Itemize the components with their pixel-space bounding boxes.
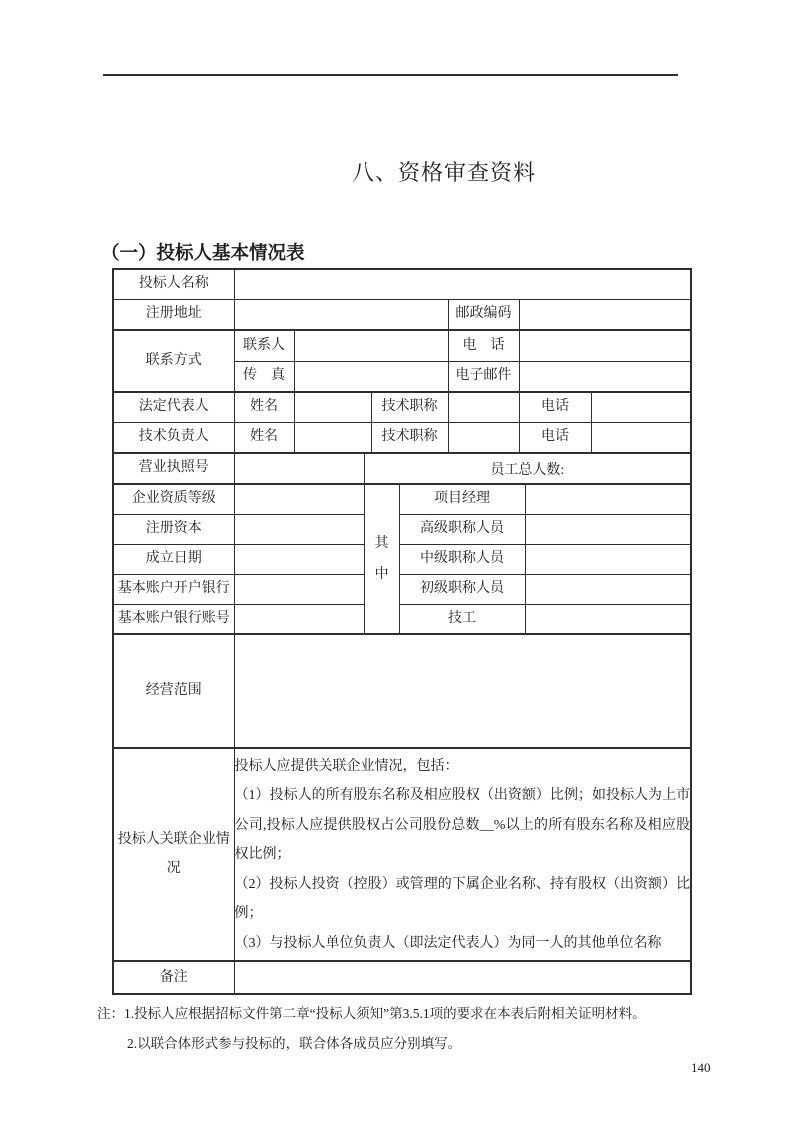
business-license-label: 营业执照号: [113, 453, 234, 484]
row-legal-representative: 法定代表人 姓名 技术职称 电话: [113, 392, 691, 422]
bidder-info-table: 投标人名称 注册地址 邮政编码 联系方式 联系人 电 话 传 真 电子邮件: [112, 268, 692, 995]
note-line-2: 2.以联合体形式参与投标的，联合体各成员应分别填写。: [127, 1029, 646, 1059]
remarks-value-cell[interactable]: [234, 961, 691, 994]
registered-capital-value-cell[interactable]: [234, 514, 364, 544]
project-manager-value-cell[interactable]: [525, 484, 691, 514]
row-business-license: 营业执照号 员工总人数:: [113, 453, 691, 484]
qualification-level-value-cell[interactable]: [234, 484, 364, 514]
technical-director-label: 技术负责人: [113, 422, 234, 453]
business-license-value-cell[interactable]: [234, 453, 364, 484]
mid-staff-value-cell[interactable]: [525, 544, 691, 574]
row-qualification-level: 企业资质等级 其 中 项目经理: [113, 484, 691, 514]
basic-account-no-value-cell[interactable]: [234, 604, 364, 634]
skilled-workers-value-cell[interactable]: [525, 604, 691, 634]
registered-address-label: 注册地址: [113, 299, 234, 330]
qualification-level-label: 企业资质等级: [113, 484, 234, 514]
contact-person-value-cell[interactable]: [294, 330, 448, 361]
row-contact-person: 联系方式 联系人 电 话: [113, 330, 691, 361]
bidder-name-value-cell[interactable]: [234, 269, 691, 299]
affiliated-info-cell: 投标人应提供关联企业情况，包括： （1）投标人的所有股东名称及相应股权（出资额）…: [234, 748, 691, 961]
legal-rep-title-value-cell[interactable]: [448, 392, 519, 422]
row-basic-account-bank: 基本账户开户银行 初级职称人员: [113, 574, 691, 604]
affiliated-item-3: （3）与投标人单位负责人（即法定代表人）为同一人的其他单位名称: [235, 929, 691, 959]
contact-phone-value-cell[interactable]: [519, 330, 691, 361]
among-them-char-2: 中: [365, 567, 399, 583]
legal-rep-phone-value-cell[interactable]: [591, 392, 691, 422]
tech-director-phone-label: 电话: [519, 422, 591, 453]
table-notes: 注：1.投标人应根据招标文件第二章“投标人须知”第3.5.1项的要求在本表后附相…: [97, 999, 646, 1059]
legal-rep-title-label: 技术职称: [371, 392, 448, 422]
mid-staff-label: 中级职称人员: [399, 544, 525, 574]
tech-director-title-value-cell[interactable]: [448, 422, 519, 453]
registered-capital-label: 注册资本: [113, 514, 234, 544]
document-page: 八、资格审查资料 （一）投标人基本情况表 投标人名称 注册地址 邮政编码 联系方…: [0, 0, 793, 1123]
contact-method-label: 联系方式: [113, 330, 234, 392]
affiliated-intro: 投标人应提供关联企业情况，包括：: [235, 752, 691, 782]
section-heading: （一）投标人基本情况表: [101, 239, 305, 265]
junior-staff-label: 初级职称人员: [399, 574, 525, 604]
row-business-scope: 经营范围: [113, 634, 691, 748]
business-scope-value-cell[interactable]: [234, 634, 691, 748]
fax-value-cell[interactable]: [294, 361, 448, 392]
among-them-char-1: 其: [365, 536, 399, 552]
registered-address-value-cell[interactable]: [234, 299, 448, 330]
row-affiliated-enterprises: 投标人关联企业情况 投标人应提供关联企业情况，包括： （1）投标人的所有股东名称…: [113, 748, 691, 961]
establishment-date-label: 成立日期: [113, 544, 234, 574]
legal-representative-label: 法定代表人: [113, 392, 234, 422]
business-scope-label: 经营范围: [113, 634, 234, 748]
postal-code-label: 邮政编码: [448, 299, 519, 330]
postal-code-value-cell[interactable]: [519, 299, 691, 330]
row-registered-address: 注册地址 邮政编码: [113, 299, 691, 330]
among-them-label: 其 中: [364, 484, 399, 634]
email-label: 电子邮件: [448, 361, 519, 392]
legal-rep-phone-label: 电话: [519, 392, 591, 422]
row-technical-director: 技术负责人 姓名 技术职称 电话: [113, 422, 691, 453]
project-manager-label: 项目经理: [399, 484, 525, 514]
establishment-date-value-cell[interactable]: [234, 544, 364, 574]
row-registered-capital: 注册资本 高级职称人员: [113, 514, 691, 544]
skilled-workers-label: 技工: [399, 604, 525, 634]
affiliated-label: 投标人关联企业情况: [113, 748, 234, 961]
basic-account-bank-label: 基本账户开户银行: [113, 574, 234, 604]
email-value-cell[interactable]: [519, 361, 691, 392]
tech-director-name-value-cell[interactable]: [294, 422, 371, 453]
page-number: 140: [691, 1060, 711, 1076]
header-rule: [103, 74, 678, 76]
basic-account-no-label: 基本账户银行账号: [113, 604, 234, 634]
basic-account-bank-value-cell[interactable]: [234, 574, 364, 604]
fax-label: 传 真: [234, 361, 294, 392]
junior-staff-value-cell[interactable]: [525, 574, 691, 604]
affiliated-item-1: （1）投标人的所有股东名称及相应股权（出资额）比例；如投标人为上市公司,投标人应…: [235, 781, 691, 870]
row-bidder-name: 投标人名称: [113, 269, 691, 299]
affiliated-item-2: （2）投标人投资（控股）或管理的下属企业名称、持有股权（出资额）比例；: [235, 870, 691, 929]
page-title: 八、资格审查资料: [352, 156, 536, 187]
tech-director-title-label: 技术职称: [371, 422, 448, 453]
total-employees-label: 员工总人数:: [364, 453, 691, 484]
senior-staff-label: 高级职称人员: [399, 514, 525, 544]
contact-person-label: 联系人: [234, 330, 294, 361]
contact-phone-label: 电 话: [448, 330, 519, 361]
note-line-1: 注：1.投标人应根据招标文件第二章“投标人须知”第3.5.1项的要求在本表后附相…: [97, 999, 646, 1029]
senior-staff-value-cell[interactable]: [525, 514, 691, 544]
row-remarks: 备注: [113, 961, 691, 994]
remarks-label: 备注: [113, 961, 234, 994]
row-basic-account-no: 基本账户银行账号 技工: [113, 604, 691, 634]
tech-director-name-label: 姓名: [234, 422, 294, 453]
row-establishment-date: 成立日期 中级职称人员: [113, 544, 691, 574]
legal-rep-name-label: 姓名: [234, 392, 294, 422]
bidder-name-label: 投标人名称: [113, 269, 234, 299]
tech-director-phone-value-cell[interactable]: [591, 422, 691, 453]
legal-rep-name-value-cell[interactable]: [294, 392, 371, 422]
